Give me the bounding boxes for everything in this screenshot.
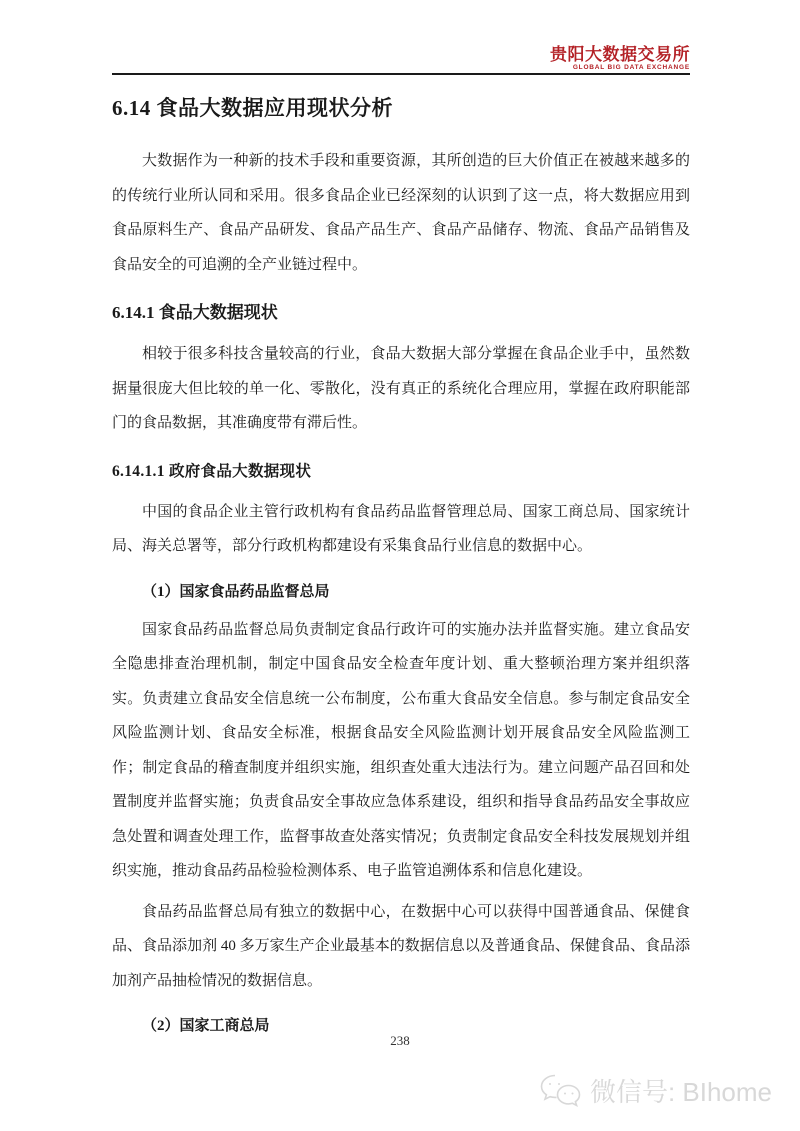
wechat-icon: [538, 1073, 582, 1109]
header-divider: [112, 73, 690, 75]
paragraph-6-14-1: 相较于很多科技含量较高的行业，食品大数据大部分掌握在食品企业手中，虽然数据量很庞…: [112, 337, 690, 441]
paragraph-6-14-1-1: 中国的食品企业主管行政机构有食品药品监督管理总局、国家工商总局、国家统计局、海关…: [112, 495, 690, 564]
intro-paragraph: 大数据作为一种新的技术手段和重要资源，其所创造的巨大价值正在被越来越多的的传统行…: [112, 144, 690, 282]
subheading-item-2: （2）国家工商总局: [112, 1014, 690, 1035]
document-body: 6.14 食品大数据应用现状分析 大数据作为一种新的技术手段和重要资源，其所创造…: [112, 92, 690, 1047]
exchange-logo: 贵阳大数据交易所 GLOBAL BIG DATA EXCHANGE: [550, 46, 690, 72]
item-1-paragraph-2: 食品药品监督总局有独立的数据中心，在数据中心可以获得中国普通食品、保健食品、食品…: [112, 895, 690, 999]
document-page: 贵阳大数据交易所 GLOBAL BIG DATA EXCHANGE 6.14 食…: [0, 0, 800, 1131]
watermark-label: 微信号: BIhome: [590, 1072, 772, 1109]
heading-6-14-1: 6.14.1 食品大数据现状: [112, 298, 690, 323]
page-number: 238: [0, 1033, 800, 1049]
item-1-paragraph-1: 国家食品药品监督总局负责制定食品行政许可的实施办法并监督实施。建立食品安全隐患排…: [112, 613, 690, 889]
page-header: 贵阳大数据交易所 GLOBAL BIG DATA EXCHANGE: [0, 0, 800, 80]
logo-title: 贵阳大数据交易所: [550, 46, 690, 63]
wechat-watermark: 微信号: BIhome: [538, 1072, 772, 1109]
logo-subtitle: GLOBAL BIG DATA EXCHANGE: [550, 65, 690, 72]
section-title: 6.14 食品大数据应用现状分析: [112, 92, 690, 122]
heading-6-14-1-1: 6.14.1.1 政府食品大数据现状: [112, 459, 690, 481]
subheading-item-1: （1）国家食品药品监督总局: [112, 580, 690, 601]
